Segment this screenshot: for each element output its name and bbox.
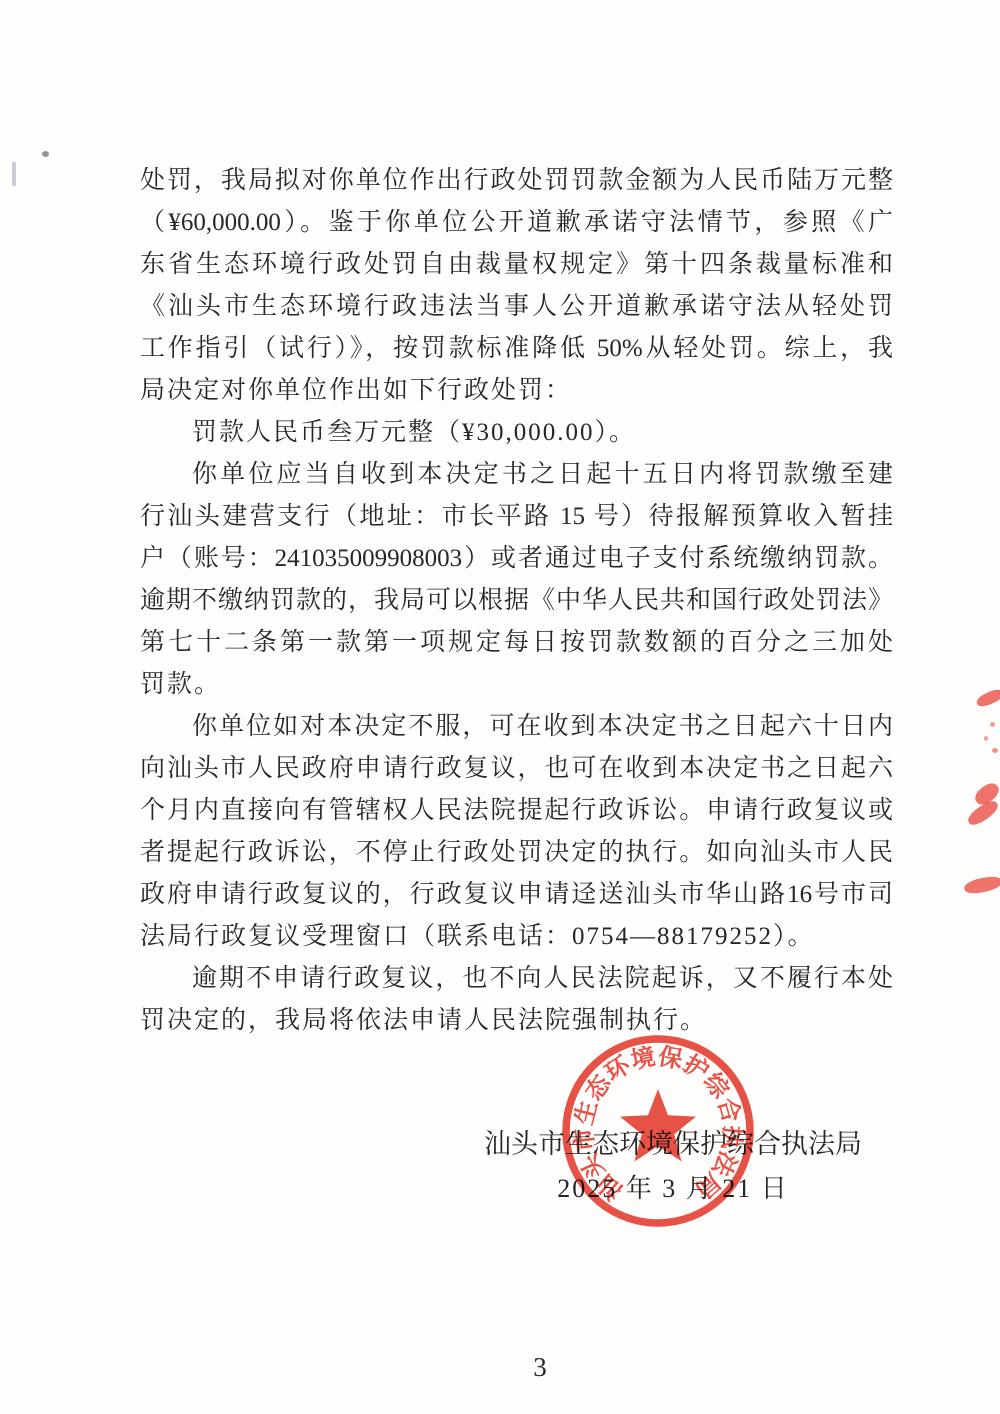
red-ink-artifact bbox=[975, 687, 1000, 709]
body-line: 法局行政复议受理窗口（联系电话：0754—88179252）。 bbox=[140, 916, 893, 958]
body-line: 东省生态环境行政处罚自由裁量权规定》第十四条裁量标准和 bbox=[140, 244, 893, 286]
red-ink-artifact bbox=[990, 722, 995, 727]
page-number: 3 bbox=[440, 1352, 640, 1383]
body-line: 逾期不申请行政复议，也不向人民法院起诉，又不履行本处 bbox=[140, 958, 893, 1000]
body-line: 处罚，我局拟对你单位作出行政处罚罚款金额为人民币陆万元整 bbox=[140, 160, 893, 202]
body-line: 向汕头市人民政府申请行政复议，也可在收到本决定书之日起六 bbox=[140, 748, 893, 790]
body-line: 你单位应当自收到本决定书之日起十五日内将罚款缴至建 bbox=[140, 454, 893, 496]
body-line: 局决定对你单位作出如下行政处罚： bbox=[140, 370, 893, 412]
body-line: 你单位如对本决定不服，可在收到本决定书之日起六十日内 bbox=[140, 706, 893, 748]
official-seal: 汕头市生态环境保护综合执法局 bbox=[545, 1018, 781, 1254]
body-line: 罚款。 bbox=[140, 664, 893, 706]
body-line: 者提起行政诉讼，不停止行政处罚决定的执行。如向汕头市人民 bbox=[140, 832, 893, 874]
scan-speck bbox=[12, 162, 16, 186]
body-line: 第七十二条第一款第一项规定每日按罚款数额的百分之三加处 bbox=[140, 622, 893, 664]
body-line: 工作指引（试行）》，按罚款标准降低 50%从轻处罚。综上，我 bbox=[140, 328, 893, 370]
body-line: 《汕头市生态环境行政违法当事人公开道歉承诺守法从轻处罚 bbox=[140, 286, 893, 328]
body-line: 个月内直接向有管辖权人民法院提起行政诉讼。申请行政复议或 bbox=[140, 790, 893, 832]
seal-star-icon bbox=[620, 1089, 696, 1161]
red-ink-artifact bbox=[984, 736, 988, 741]
body-line: （¥60,000.00）。鉴于你单位公开道歉承诺守法情节，参照《广 bbox=[140, 202, 893, 244]
scan-speck bbox=[42, 151, 49, 157]
body-line: 户（账号：241035009908003）或者通过电子支付系统缴纳罚款。 bbox=[140, 538, 893, 580]
red-ink-artifact bbox=[992, 748, 998, 753]
document-page: 处罚，我局拟对你单位作出行政处罚罚款金额为人民币陆万元整 （¥60,000.00… bbox=[0, 0, 1000, 1414]
body-line: 逾期不缴纳罚款的，我局可以根据《中华人民共和国行政处罚法》 bbox=[140, 580, 893, 622]
body-line: 行汕头建营支行（地址：市长平路 15 号）待报解预算收入暂挂 bbox=[140, 496, 893, 538]
body-line: 政府申请行政复议的，行政复议申请迳送汕头市华山路16号市司 bbox=[140, 874, 893, 916]
body-line: 罚款人民币叁万元整（¥30,000.00）。 bbox=[140, 412, 893, 454]
body-text: 处罚，我局拟对你单位作出行政处罚罚款金额为人民币陆万元整 （¥60,000.00… bbox=[140, 160, 893, 1042]
red-ink-artifact bbox=[963, 874, 1000, 896]
